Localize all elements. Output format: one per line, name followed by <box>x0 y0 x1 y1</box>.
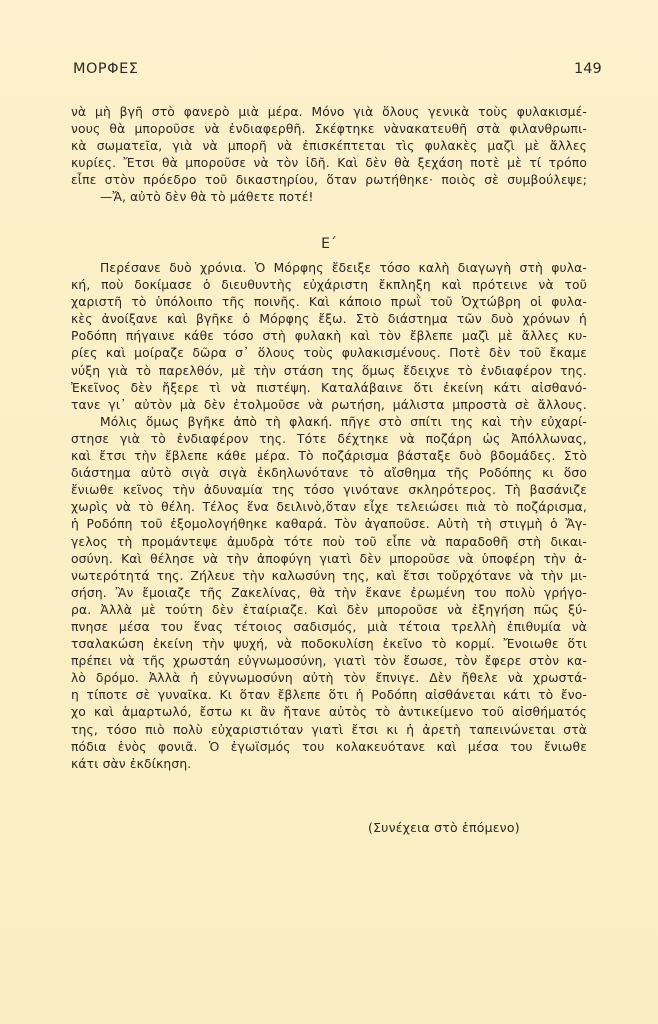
text-line: διάστημα αὐτὸ σιγὰ σιγὰ ἐκδηλωνότανε τὸ … <box>71 465 587 482</box>
text-line: ρα. Ἀλλὰ μὲ τούτη δὲν ἐταίριαζε. Καὶ δὲν… <box>71 602 587 619</box>
continued-note: (Συνέχεια στὸ ἑπόμενο) <box>368 820 520 835</box>
text-line: νύξη γιὰ τὸ παρελθόν, μὲ τὴν στάση της ὅ… <box>71 363 587 380</box>
text-line: Μόλις ὅμως βγῆκε ἀπὸ τὴ φλακή. πῆγε στὸ … <box>71 414 587 431</box>
text-line: πρέπει νὰ τῆς χρωστάη εὐγνωμοσύνη, γιατὶ… <box>71 653 587 670</box>
text-line: νους θὰ μποροῦσε νὰ ἐνδιαφερθῆ. Σκέφτηκε… <box>71 121 587 138</box>
running-title: ΜΟΡΦΕΣ <box>73 61 138 77</box>
text-line: Ἐκεῖνος δὲν ἤξερε τὶ νὰ πιστέψη. Καταλάβ… <box>71 380 587 397</box>
text-line: σήση. Ἂν ἔμοιαζε τῆς Ζακελίνας, θὰ τὴν ἔ… <box>71 585 587 602</box>
text-line: καὶ ἔτσι τὴν ἔβλεπε κάθε μέρα. Τὸ ποζάρι… <box>71 448 587 465</box>
text-line: νὰ μὴ βγῆ στὸ φανερὸ μιὰ μέρα. Μόνο γιὰ … <box>71 104 587 121</box>
text-line: γελος τὴ προμάντεψε ἀμυδρὰ τότε ποὺ τοῦ … <box>71 534 587 551</box>
text-line: ἡ Ροδόπη τοῦ ἐξομολογήθηκε καθαρά. Τὸν ἀ… <box>71 516 587 533</box>
text-line: χαριστῆ τὸ ὑπόλοιπο τῆς ποινῆς. Καὶ κάπο… <box>71 294 587 311</box>
dialogue-line: —Ἄ, αὐτὸ δὲν θὰ τὸ μάθετε ποτέ! <box>71 189 587 206</box>
text-line: Περέσανε δυὸ χρόνια. Ὁ Μόρφης ἔδειξε τόσ… <box>71 260 587 277</box>
body-text: Περέσανε δυὸ χρόνια. Ὁ Μόρφης ἔδειξε τόσ… <box>71 260 587 773</box>
text-line: Ροδόπη πήγαινε κάθε τόσο στὴ φυλακὴ καὶ … <box>71 328 587 345</box>
text-line: ρίες καὶ μοίραζε δῶρα σ᾿ ὅλους τοὺς φυλα… <box>71 345 587 362</box>
text-line: κὰ σωματεῖα, γιὰ νὰ μπορῆ νὰ ἐπισκέπτετα… <box>71 138 587 155</box>
text-line: της, τόσο πιὸ πολὺ εὐχαριστιόταν γιατὶ ἔ… <box>71 722 587 739</box>
text-line: λὸ δρόμο. Ἀλλὰ ἡ εὐγνωμοσύνη αὐτὴ τὸν ἔπ… <box>71 670 587 687</box>
section-heading: Ε΄ <box>0 236 658 252</box>
text-line: τανε γι᾿ αὐτὸν μὰ δὲν ἐτολμοῦσε νὰ ρωτήσ… <box>71 397 587 414</box>
text-line: κὲς ἀνοίξανε καὶ βγῆκε ὁ Μόρφης ἔξω. Στὸ… <box>71 311 587 328</box>
text-line: εἶπε στὸν πρόεδρο τοῦ δικαστηρίου, ὅταν … <box>71 172 587 189</box>
text-line: νωτερότητά της. Ζήλευε τὴν καλωσύνη της,… <box>71 568 587 585</box>
text-line: κυρίες. Ἔτσι θὰ μποροῦσε νὰ τὸν ἰδῆ. Καὶ… <box>71 155 587 172</box>
text-line: πόδια ἑνὸς φονιᾶ. Ὁ ἐγωϊσμός του κολακευ… <box>71 739 587 756</box>
text-line: χωρὶς νὰ τὸ θέλη. Τέλος ἕνα δειλινὸ,ὅταν… <box>71 499 587 516</box>
text-line: στησε γιὰ τὸ ἐνδιαφέρον της. Τότε δέχτηκ… <box>71 431 587 448</box>
text-line: οσύνη. Καὶ θέλησε νὰ τὴν ἀποφύγη γιατὶ δ… <box>71 551 587 568</box>
text-line: κάτι σὰν ἐκδίκηση. <box>71 756 587 773</box>
magazine-page: ΜΟΡΦΕΣ 149 νὰ μὴ βγῆ στὸ φανερὸ μιὰ μέρα… <box>0 0 658 1024</box>
text-line: ἔνιωθε κεῖνος τὴν ἀδυναμία της τόσο γινό… <box>71 482 587 499</box>
text-line: πνησε μέσα του ἕνας τέτοιος σαδισμός, μι… <box>71 619 587 636</box>
text-line: χο καὶ ἁμαρτωλό, ἔστω κι ἂν ἤτανε αὐτὸς … <box>71 704 587 721</box>
text-line: η τίποτε σὲ γυναῖκα. Κι ὅταν ἔβλεπε ὅτι … <box>71 687 587 704</box>
page-number: 149 <box>574 61 602 77</box>
text-line: κή, ποὺ δοκίμασε ὁ διευθυντὴς εὐχάριστη … <box>71 277 587 294</box>
text-line: τσαλακώση ἐκείνη τὴν ψυχή, νὰ ποδοκυλίση… <box>71 636 587 653</box>
intro-paragraph: νὰ μὴ βγῆ στὸ φανερὸ μιὰ μέρα. Μόνο γιὰ … <box>71 104 587 207</box>
